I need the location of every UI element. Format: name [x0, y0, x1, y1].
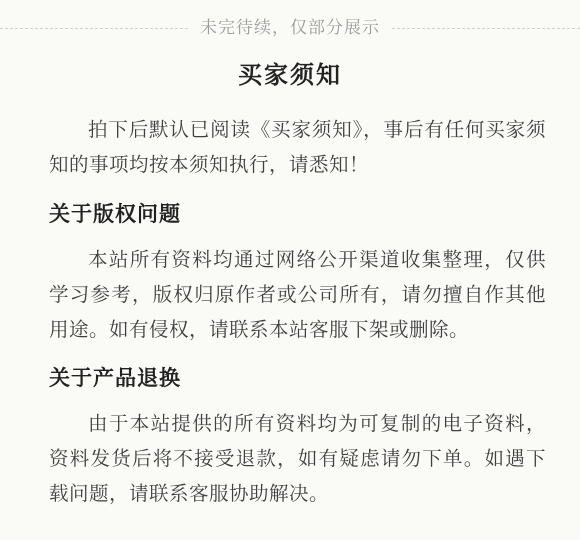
divider-line-left — [0, 28, 188, 29]
intro-paragraph: 拍下后默认已阅读《买家须知》，事后有任何买家须知的事项均按本须知执行，请悉知！ — [49, 113, 546, 183]
partial-display-divider: 未完待续，仅部分展示 — [0, 19, 580, 37]
copyright-section-heading: 关于版权问题 — [49, 202, 546, 228]
page-title: 买家须知 — [0, 61, 580, 91]
divider-line-right — [392, 28, 580, 29]
returns-section-body: 由于本站提供的所有资料均为可复制的电子资料，资料发货后将不接受退款，如有疑虑请勿… — [49, 407, 546, 512]
returns-section-heading: 关于产品退换 — [49, 366, 546, 392]
copyright-section-body: 本站所有资料均通过网络公开渠道收集整理，仅供学习参考，版权归原作者或公司所有，请… — [49, 243, 546, 348]
buyer-notice-page: 未完待续，仅部分展示 买家须知 拍下后默认已阅读《买家须知》，事后有任何买家须知… — [0, 0, 580, 540]
divider-label: 未完待续，仅部分展示 — [188, 19, 392, 37]
